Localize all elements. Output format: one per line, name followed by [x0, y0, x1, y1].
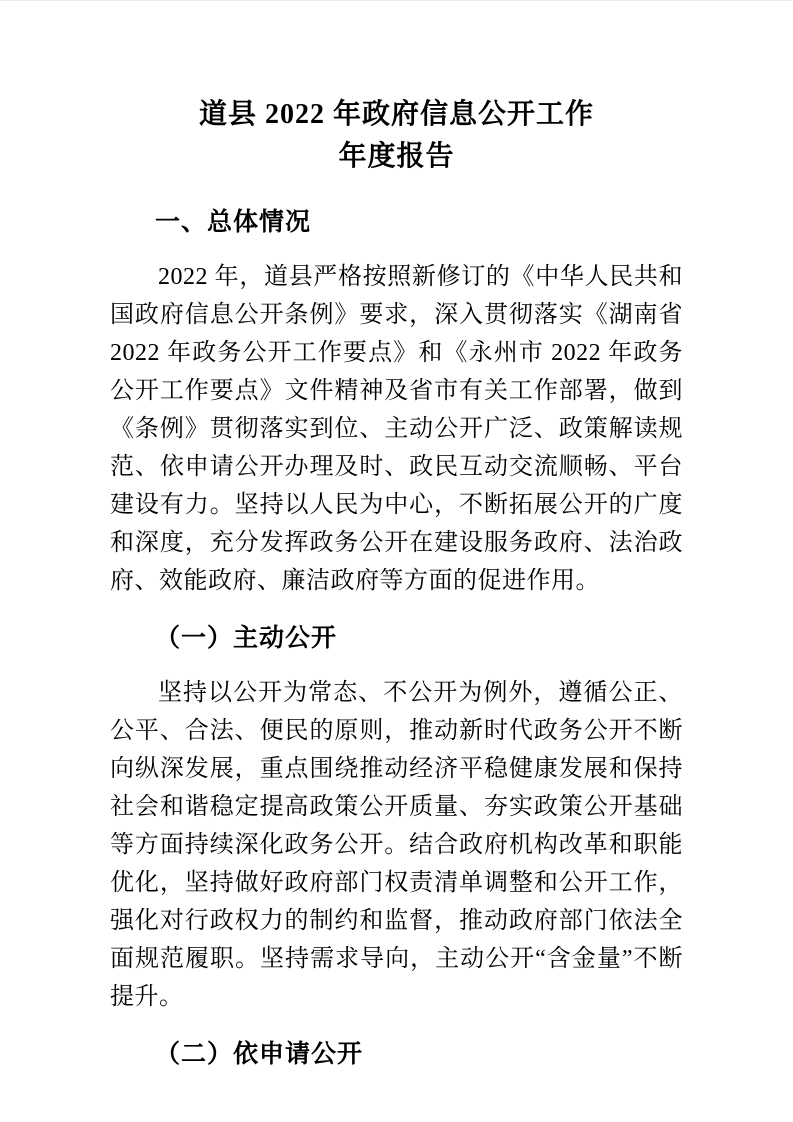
paragraph-overview: 2022 年，道县严格按照新修订的《中华人民共和国政府信息公开条例》要求，深入贯…: [110, 258, 683, 600]
document-title-line-2: 年度报告: [110, 136, 683, 178]
document-title-line-1: 道县 2022 年政府信息公开工作: [110, 94, 683, 136]
section-heading-overview: 一、总体情况: [110, 204, 683, 242]
document-title: 道县 2022 年政府信息公开工作 年度报告: [110, 94, 683, 178]
paragraph-proactive-disclosure: 坚持以公开为常态、不公开为例外，遵循公正、公平、合法、便民的原则，推动新时代政务…: [110, 674, 683, 1016]
document-page: 道县 2022 年政府信息公开工作 年度报告 一、总体情况 2022 年，道县严…: [0, 0, 793, 1122]
section-heading-disclosure-upon-request: （二）依申请公开: [110, 1036, 683, 1074]
section-heading-proactive-disclosure: （一）主动公开: [110, 620, 683, 658]
